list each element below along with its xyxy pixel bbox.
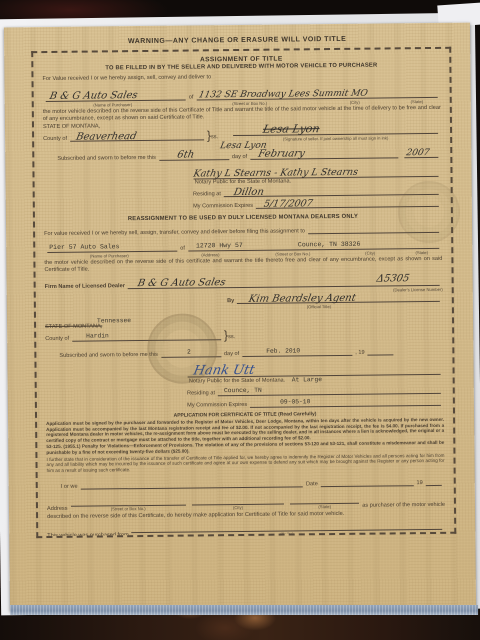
application-para1: Application must be signed by the purcha… — [46, 417, 444, 444]
dealer-license-handwriting: Δ5305 — [376, 273, 411, 284]
seller-signature-line: Lesa Lyon — [233, 124, 438, 136]
sworn-row-1: Subscribed and sworn to before me this 6… — [43, 148, 441, 162]
assignment-intro: For Value received I or we hereby assign… — [42, 74, 211, 82]
state-of-montana-1: STATE OF MONTANA, — [43, 122, 218, 130]
reassign-of-label: of — [180, 246, 185, 252]
amount-row: and there is a mortgage contract lien co… — [47, 537, 445, 538]
residing-label-1: Residing at — [193, 191, 221, 197]
commission-row-1: My Commission Expires 5/17/2007 — [44, 197, 442, 211]
ss-label-1: ss. — [211, 134, 218, 140]
label-official-title: (Official Title) — [307, 304, 331, 309]
year-line-2 — [367, 345, 393, 355]
county-label-1: County of — [43, 136, 67, 142]
notary-public-label-2: Notary Public for the State of Montana. — [189, 378, 285, 385]
purchaser-name-handwriting: B & G Auto Sales — [49, 90, 139, 102]
year19-label-2: , 19 — [355, 350, 364, 356]
notary-public-label-1: Notary Public for the State of Montana. — [192, 177, 442, 186]
reassign-address-typed: 12720 Hwy 57 — [196, 242, 243, 249]
year19-label-3: 19 — [416, 480, 422, 486]
date-line — [321, 477, 414, 488]
reassign-warranty-text: the motor vehicle described on the rever… — [44, 256, 442, 274]
residing-line-1: Dillon — [224, 185, 439, 197]
label-address: (Address) — [174, 252, 246, 258]
reassign-name-line: Pier 57 Auto Sales — [47, 242, 177, 253]
residing-line-2: Counce, TN — [218, 384, 441, 396]
address-city-col: (City) — [192, 495, 284, 511]
at-large-typed: At Large — [292, 376, 322, 383]
label-city: (City) — [317, 99, 393, 105]
county-row-1: County of Beaverhead } ss. — [43, 130, 218, 142]
sworn-day-line-1: 6th — [159, 150, 229, 161]
county-handwriting-1: Beaverhead — [75, 131, 138, 143]
state-county-block-1: STATE OF MONTANA, County of Beaverhead }… — [43, 122, 218, 144]
commission-handwriting-1: 5/17/2007 — [263, 198, 314, 210]
blue-binder-edge — [10, 605, 478, 615]
sworn-year-handwriting: 2007 — [405, 148, 430, 158]
seller-signature-handwriting: Lesa Lyon — [262, 122, 321, 136]
seller-name-above: Lesa Lyon — [219, 141, 267, 152]
label-state-3: (State) — [290, 504, 359, 510]
address-street-col: (Street or Box No.) — [70, 496, 185, 512]
seller-signature-block: Lesa Lyon (Signature of seller. If joint… — [218, 120, 441, 142]
residing-inner-1: Residing at Dillon — [193, 185, 442, 198]
label-state-2: (State) — [401, 250, 442, 255]
firm-name-label: Firm Name of Licensed Dealer — [45, 283, 125, 290]
state-of-label-2: STATE OF MONTANA, — [45, 323, 102, 330]
label-signature-of-seller: (Signature of seller. If joint ownership… — [283, 135, 388, 141]
notary-label-inner-2: Notary Public for the State of Montana. … — [186, 375, 444, 385]
commission-line-2: 09-05-10 — [250, 396, 441, 408]
year-line-3 — [426, 476, 442, 486]
reassign-city-typed: Counce, TN 38326 — [298, 241, 360, 249]
sworn-date-typed: Feb. 2010 — [266, 347, 300, 354]
i-or-we-label: I or we — [47, 484, 78, 490]
date-label: Date — [306, 482, 318, 488]
reassignment-intro-line — [308, 223, 439, 234]
residing-inner-2: Residing at Counce, TN — [187, 384, 444, 397]
sworn-month-line: February Lesa Lyon — [250, 148, 398, 160]
county-row-2: County of Hardin } ss. — [45, 330, 235, 342]
sworn-day-typed: 2 — [187, 349, 191, 356]
seller-col: (Seller) — [132, 520, 443, 538]
label-city-3: (City) — [192, 505, 284, 511]
i-or-we-line — [80, 478, 303, 490]
firm-name-handwriting: B & G Auto Sales — [137, 277, 227, 289]
reassign-name-typed: Pier 57 Auto Sales — [49, 243, 119, 251]
purchased-from-label: This vehicle was purchased from — [47, 533, 129, 539]
by-label: By — [227, 298, 234, 304]
state-of-montana-2: STATE OF MONTANA, — [45, 322, 235, 330]
ss-label-2: ss. — [228, 334, 235, 340]
label-city-2: (City) — [339, 250, 401, 256]
residing-typed-2: Counce, TN — [224, 387, 262, 394]
by-line: Kim Beardsley Agent — [237, 292, 440, 304]
by-handwriting: Kim Beardsley Agent — [248, 293, 357, 305]
residing-handwriting-1: Dillon — [233, 187, 265, 198]
sworn-day-line-2: 2 — [161, 347, 221, 358]
address-street-line — [70, 496, 185, 507]
application-para3: I further state that in consideration of… — [46, 452, 444, 473]
commission-line-1: 5/17/2007 — [256, 197, 439, 209]
purchaser-name-line: B & G Auto Sales — [46, 91, 186, 102]
reassignment-intro: For value received I or we hereby sell, … — [44, 228, 305, 237]
county-label-2: County of — [45, 336, 69, 342]
address-row: Address (Street or Box No.) (City) (Stat… — [47, 493, 445, 512]
sworn-year-line-1: 2007 — [404, 148, 438, 158]
i-or-we-row: I or we Date 19 — [47, 476, 445, 490]
address-city-line — [192, 495, 284, 506]
assignment-intro-row: For Value received I or we hereby assign… — [42, 72, 440, 82]
of-label: of — [189, 94, 194, 100]
dayof-label-1: day of — [232, 154, 247, 160]
sworn-day-handwriting: 6th — [176, 149, 195, 160]
state-of-label-1: STATE OF MONTANA, — [43, 123, 100, 130]
reassignment-intro-row: For value received I or we hereby sell, … — [44, 223, 442, 237]
commission-label-2: My Commission Expires — [187, 402, 247, 409]
sworn-text-1: Subscribed and sworn to before me this — [43, 155, 156, 162]
residing-label-2: Residing at — [187, 390, 215, 396]
spacer — [46, 409, 187, 410]
purchaser-address-handwriting: 1132 SE Broadway Lees Summit MO — [197, 89, 368, 101]
address-state-line — [290, 494, 359, 505]
form-border-box: ASSIGNMENT OF TITLE TO BE FILLED IN BY T… — [31, 47, 456, 538]
commission-inner-2: My Commission Expires 09-05-10 — [187, 396, 444, 409]
label-street-2: (Street or Box No.) — [246, 251, 339, 257]
as-purchaser-text: as purchaser of the motor vehicle — [362, 502, 445, 509]
certificate-of-title-document: WARNING—ANY CHANGE OR ERASURE WILL VOID … — [4, 23, 476, 612]
sworn-row-2: Subscribed and sworn to before me this 2… — [45, 345, 443, 359]
dayof-label-2: day of — [224, 351, 239, 357]
sworn-date-line-2: Feb. 2010 — [242, 346, 352, 357]
label-state: (State) — [393, 99, 441, 105]
county-typed-hardin: Hardin — [86, 332, 109, 339]
commission-row-2: My Commission Expires 09-05-10 — [46, 396, 444, 410]
reassignment-title: REASSIGNMENT TO BE USED BY DULY LICENSED… — [44, 213, 442, 223]
warning-header: WARNING—ANY CHANGE OR ERASURE WILL VOID … — [4, 23, 470, 47]
address-state-col: (State) — [290, 494, 359, 510]
commission-label-1: My Commission Expires — [193, 203, 253, 210]
commission-inner-1: My Commission Expires 5/17/2007 — [193, 197, 442, 210]
county-line-2: Hardin — [72, 330, 221, 342]
described-text: described on the reverse side of this Ce… — [47, 511, 344, 520]
address-label: Address — [47, 506, 68, 512]
sworn-text-2: Subscribed and sworn to before me this — [45, 352, 158, 359]
state-county-block-2: Tennessee STATE OF MONTANA, County of Ha… — [45, 316, 235, 342]
county-line-1: Beaverhead — [70, 130, 204, 141]
purchased-from-row: This vehicle was purchased from (Seller) — [47, 520, 445, 538]
spacer — [44, 209, 193, 211]
commission-typed-2: 09-05-10 — [280, 398, 310, 405]
